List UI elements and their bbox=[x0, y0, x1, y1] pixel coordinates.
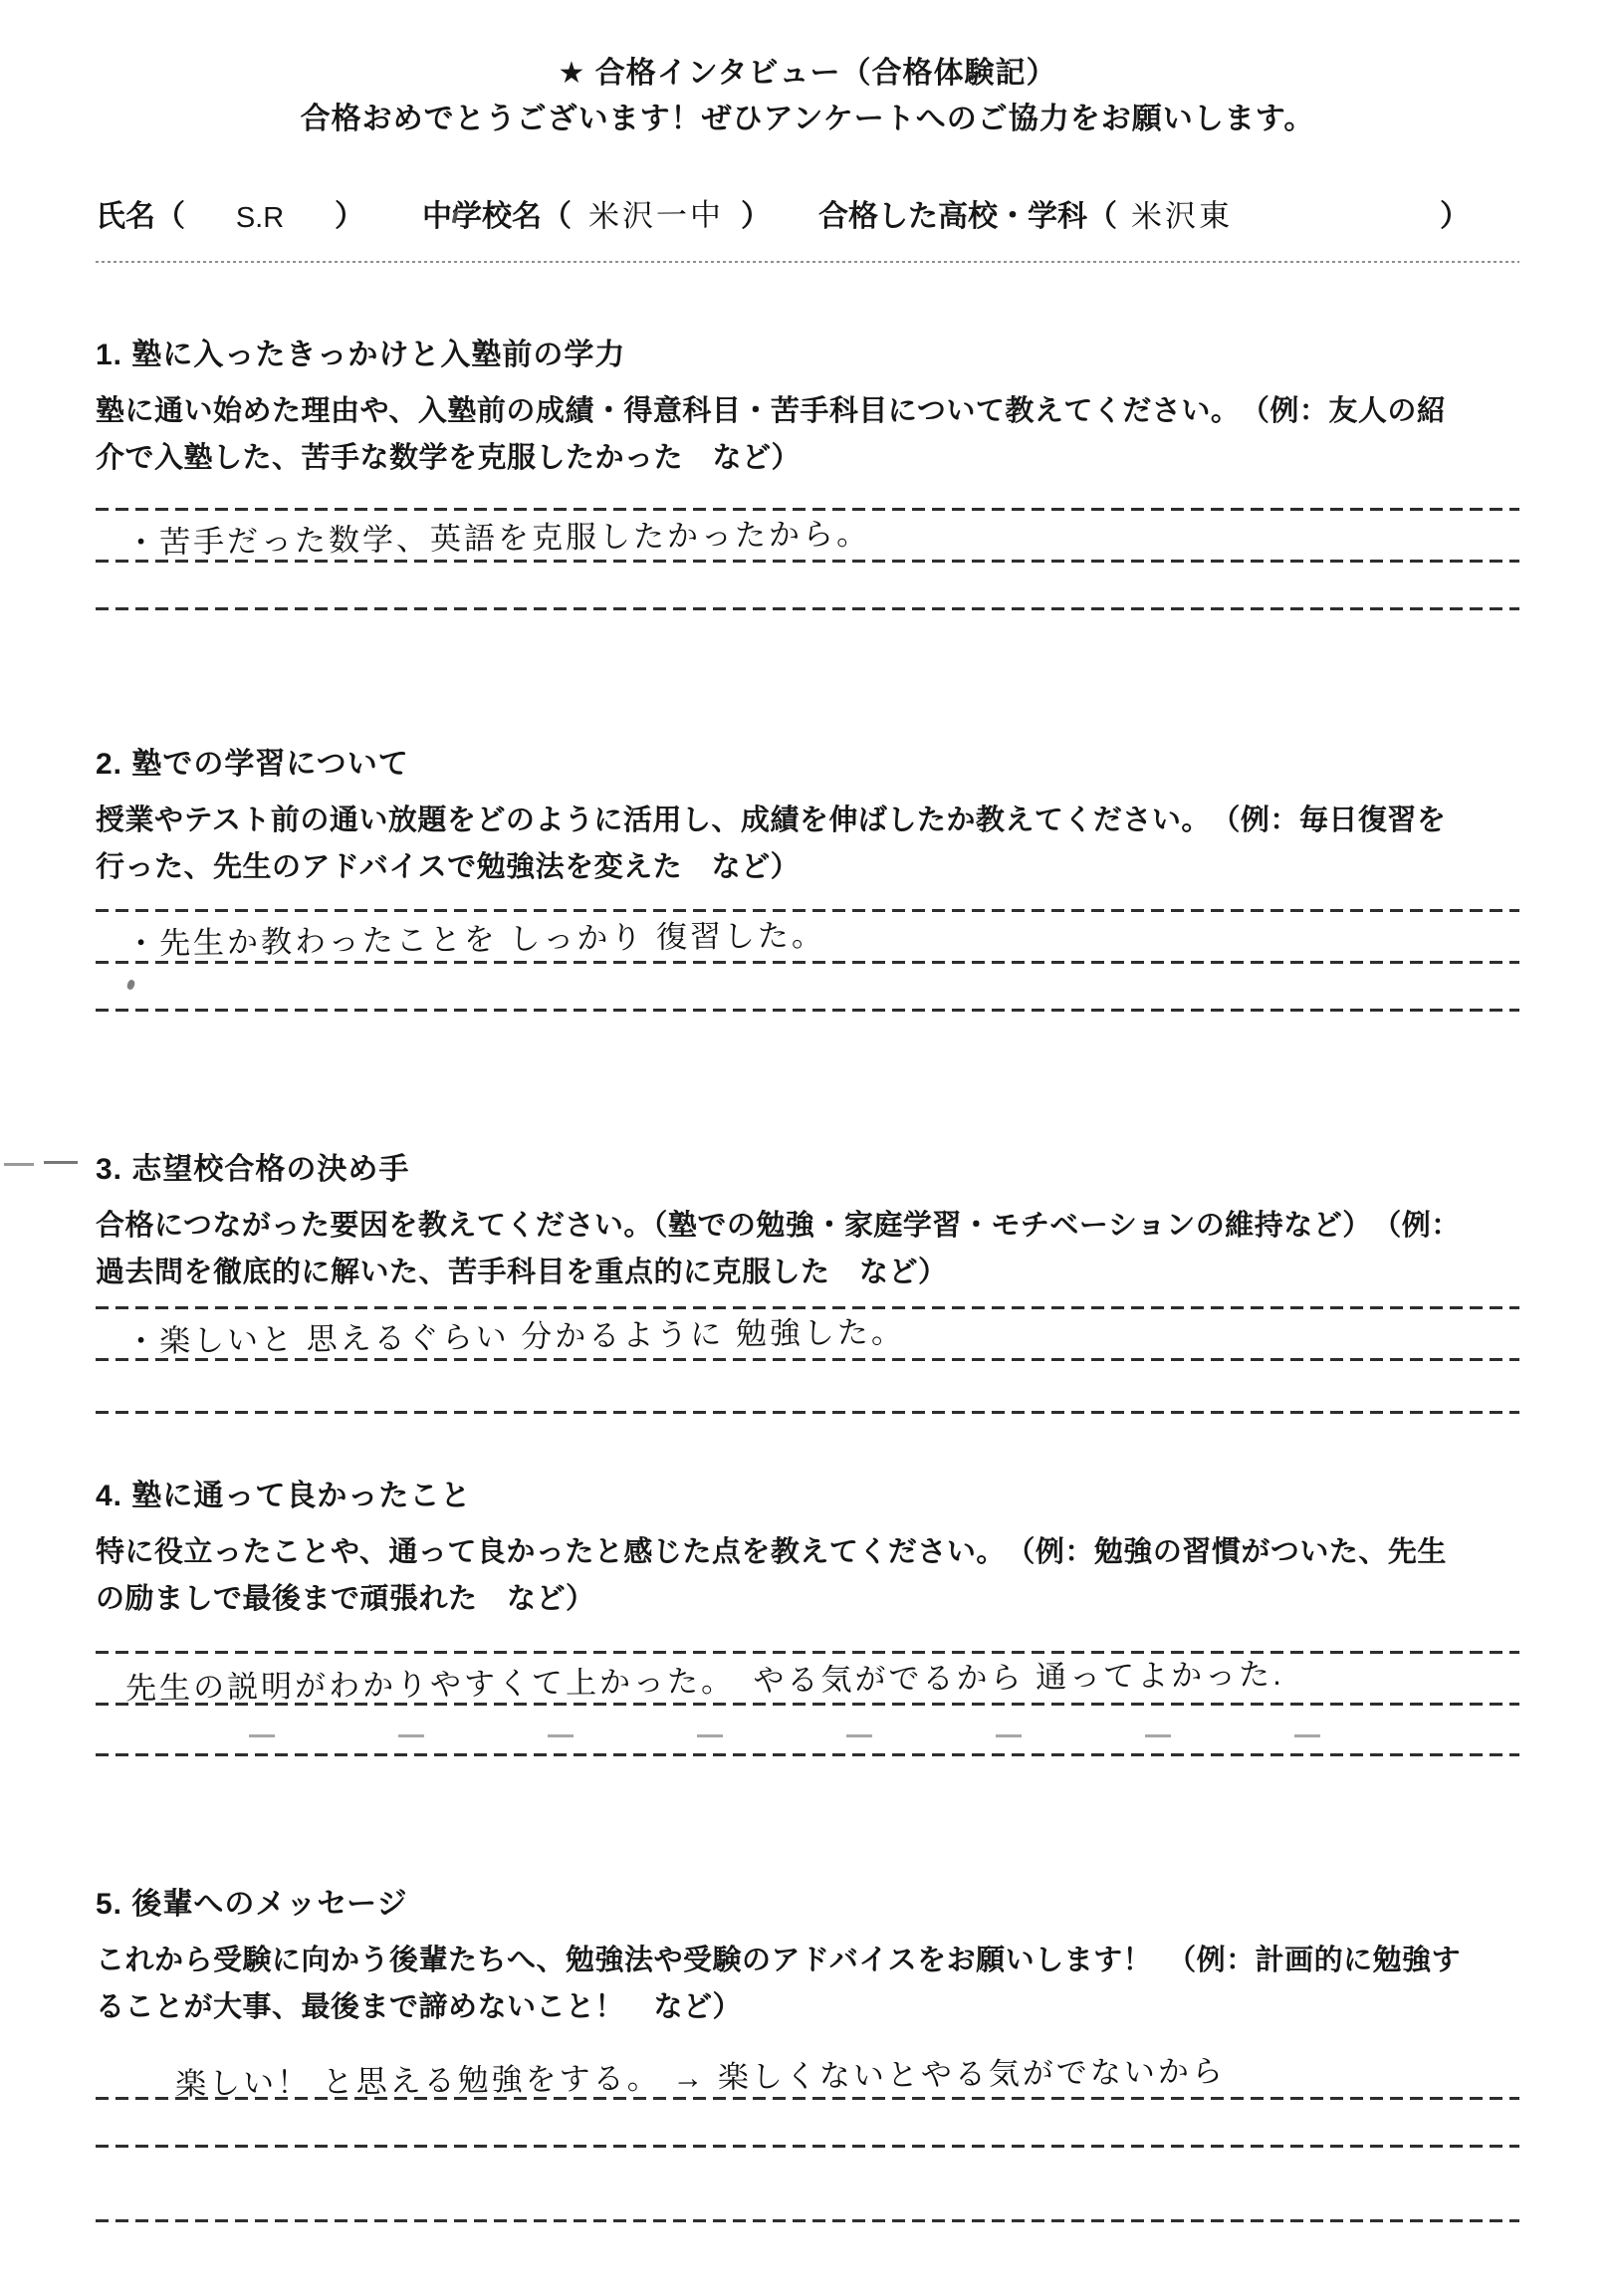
section-description: 合格につながった要因を教えてください。（塾での勉強・家庭学習・モチベーションの維… bbox=[96, 1203, 1519, 1296]
section-description: 塾に通い始めた理由や、入塾前の成績・得意科目・苦手科目について教えてください。 … bbox=[96, 388, 1519, 482]
answer-row: 先生の説明がわかりやすくて上かった。 やる気がでるから 通ってよかった. bbox=[96, 1654, 1519, 1703]
answer-line bbox=[96, 1411, 1519, 1414]
handwritten-answer: 楽しい！ と思える勉強をする。 → 楽しくないとやる気がでないから bbox=[175, 2045, 1226, 2103]
middle-school-value: 米沢一中 bbox=[572, 189, 742, 236]
answer-area: ・楽しいと 思えるぐらい 分かるように 勉強した。 bbox=[96, 1306, 1519, 1414]
section-description-line: 塾に通い始めた理由や、入塾前の成績・得意科目・苦手科目について教えてください。 … bbox=[96, 388, 1519, 435]
answer-row: 楽しい！ と思える勉強をする。 → 楽しくないとやる気がでないから bbox=[96, 2051, 1519, 2097]
section-description-line: 介で入塾した、苦手な数学を克服したかった など） bbox=[96, 435, 1519, 482]
section-description-line: 過去問を徹底的に解いた、苦手科目を重点的に克服した など） bbox=[96, 1250, 1519, 1296]
name-label: 氏名（ bbox=[96, 191, 185, 235]
section-key-to-success: 3. 志望校合格の決め手 合格につながった要因を教えてください。（塾での勉強・家… bbox=[96, 1151, 1519, 1414]
answer-area: ・先生か教わったことを しっかり 復習した。 bbox=[96, 909, 1519, 1012]
section-description-line: の励ましで最後まで頑張れた など） bbox=[96, 1576, 1519, 1623]
dotted-separator bbox=[96, 261, 1519, 263]
section-description: これから受験に向かう後輩たちへ、勉強法や受験のアドバイスをお願いします！ （例：… bbox=[96, 1938, 1519, 2031]
section-heading: 5. 後輩へのメッセージ bbox=[96, 1886, 1519, 1924]
section-description-line: 行った、先生のアドバイスで勉強法を変えた など） bbox=[96, 844, 1519, 891]
name-paren-close: ） bbox=[335, 191, 364, 235]
form-subtitle: 合格おめでとうございます！ぜひアンケートへのご協力をお願いします。 bbox=[96, 101, 1519, 138]
handwritten-answer: 先生の説明がわかりやすくて上かった。 やる気がでるから 通ってよかった. bbox=[125, 1649, 1284, 1708]
high-school-value: 米沢東 bbox=[1117, 189, 1321, 236]
high-school-label: 合格した高校・学科（ bbox=[818, 191, 1117, 235]
section-heading: 3. 志望校合格の決め手 bbox=[96, 1151, 1519, 1189]
section-heading: 2. 塾での学習について bbox=[96, 746, 1519, 784]
blank-answer-row bbox=[96, 2148, 1519, 2219]
blank-answer-row bbox=[96, 2100, 1519, 2145]
answer-area: 先生の説明がわかりやすくて上かった。 やる気がでるから 通ってよかった. bbox=[96, 1651, 1519, 1756]
respondent-info-row: 氏名（ S.R ） 中学校名（ 米沢一中 ） 合格した高校・学科（ 米沢東 ） bbox=[96, 190, 1519, 235]
section-motivation: 1. 塾に入ったきっかけと入塾前の学力 塾に通い始めた理由や、入塾前の成績・得意… bbox=[96, 337, 1519, 610]
scan-artifact bbox=[44, 1161, 78, 1164]
section-description-line: ることが大事、最後まで諦めないこと！ など） bbox=[96, 1984, 1519, 2031]
scan-artifact bbox=[4, 1163, 34, 1166]
section-benefits: 4. 塾に通って良かったこと 特に役立ったことや、通って良かったと感じた点を教え… bbox=[96, 1478, 1519, 1756]
blank-answer-row bbox=[96, 1706, 1519, 1753]
answer-area: ・苦手だった数学、英語を克服したかったから。 bbox=[96, 508, 1519, 610]
answer-line bbox=[96, 1009, 1519, 1012]
answer-row: ・先生か教わったことを しっかり 復習した。 bbox=[96, 912, 1519, 961]
answer-line bbox=[96, 607, 1519, 610]
section-description: 授業やテスト前の通い放題をどのように活用し、成績を伸ばしたか教えてください。 （… bbox=[96, 798, 1519, 891]
handwritten-answer: ・苦手だった数学、英語を克服したかったから。 bbox=[125, 508, 870, 562]
middle-school-paren-close: ） bbox=[741, 191, 771, 235]
blank-answer-row bbox=[96, 1361, 1519, 1411]
form-title: ★ 合格インタビュー（合格体験記） bbox=[96, 55, 1519, 93]
section-heading: 1. 塾に入ったきっかけと入塾前の学力 bbox=[96, 337, 1519, 374]
section-study-at-juku: 2. 塾での学習について 授業やテスト前の通い放題をどのように活用し、成績を伸ば… bbox=[96, 746, 1519, 1012]
scan-artifact bbox=[249, 1734, 1324, 1737]
section-message-to-juniors: 5. 後輩へのメッセージ これから受験に向かう後輩たちへ、勉強法や受験のアドバイ… bbox=[96, 1886, 1519, 2222]
answer-row: ・楽しいと 思えるぐらい 分かるように 勉強した。 bbox=[96, 1309, 1519, 1358]
answer-line bbox=[96, 1753, 1519, 1756]
answer-line bbox=[96, 2219, 1519, 2222]
section-description-line: 授業やテスト前の通い放題をどのように活用し、成績を伸ばしたか教えてください。 （… bbox=[96, 798, 1519, 844]
middle-school-label: 中学校名（ bbox=[422, 191, 572, 235]
section-description: 特に役立ったことや、通って良かったと感じた点を教えてください。 （例：勉強の習慣… bbox=[96, 1529, 1519, 1623]
blank-answer-row bbox=[96, 964, 1519, 1009]
section-description-line: これから受験に向かう後輩たちへ、勉強法や受験のアドバイスをお願いします！ （例：… bbox=[96, 1938, 1519, 1984]
handwritten-answer: ・楽しいと 思えるぐらい 分かるように 勉強した。 bbox=[125, 1306, 905, 1361]
section-heading: 4. 塾に通って良かったこと bbox=[96, 1478, 1519, 1515]
answer-row: ・苦手だった数学、英語を克服したかったから。 bbox=[96, 511, 1519, 560]
blank-answer-row bbox=[96, 563, 1519, 607]
name-value: S.R bbox=[185, 202, 335, 235]
high-school-paren-close: ） bbox=[1440, 191, 1470, 235]
handwritten-answer: ・先生か教わったことを しっかり 復習した。 bbox=[125, 910, 825, 964]
scanned-survey-form: ★ 合格インタビュー（合格体験記） 合格おめでとうございます！ぜひアンケートへの… bbox=[0, 0, 1615, 2296]
section-description-line: 合格につながった要因を教えてください。（塾での勉強・家庭学習・モチベーションの維… bbox=[96, 1203, 1519, 1250]
section-description-line: 特に役立ったことや、通って良かったと感じた点を教えてください。 （例：勉強の習慣… bbox=[96, 1529, 1519, 1576]
answer-area: 楽しい！ と思える勉強をする。 → 楽しくないとやる気がでないから bbox=[96, 2051, 1519, 2222]
